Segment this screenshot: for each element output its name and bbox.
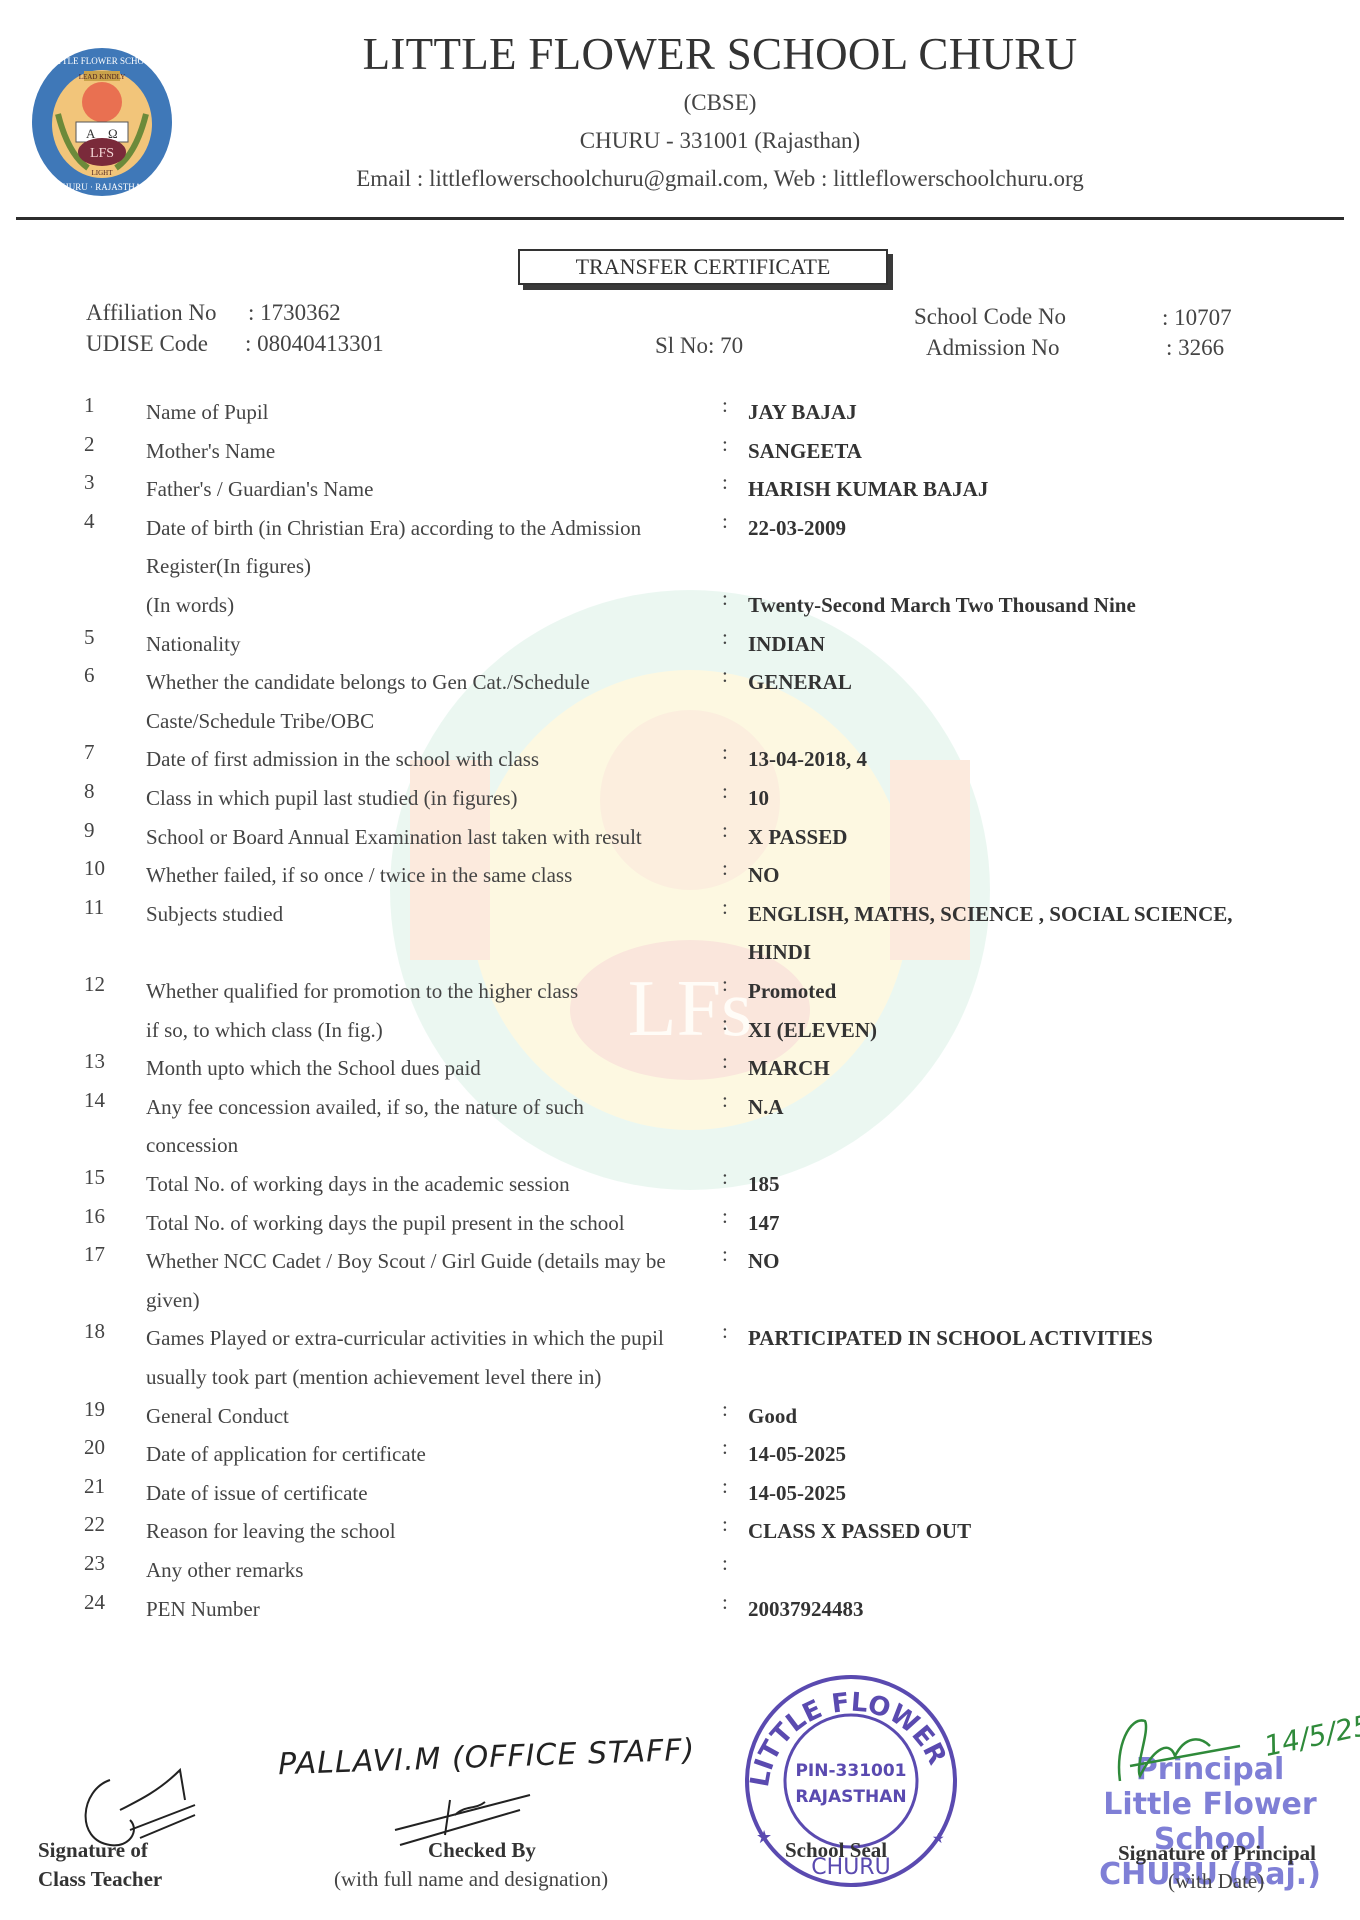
row-value: INDIAN <box>748 625 1308 664</box>
class-teacher-signature-icon <box>70 1760 200 1850</box>
row-number: 22 <box>84 1512 105 1537</box>
row-label: Total No. of working days in the academi… <box>146 1165 716 1204</box>
row-value: 22-03-2009 <box>748 509 1308 548</box>
school-code-label: School Code No <box>914 304 1066 330</box>
svg-text:LIGHT: LIGHT <box>92 169 114 177</box>
row-number: 2 <box>84 432 95 457</box>
row-colon: : <box>722 586 728 611</box>
row-value: MARCH <box>748 1049 1308 1088</box>
row-label: if so, to which class (In fig.) <box>146 1011 716 1050</box>
row-number: 9 <box>84 818 95 843</box>
school-crest-icon: A Ω LFS LEAD KINDLY LIGHT LITTLE FLOWER … <box>28 44 176 200</box>
row-value: 185 <box>748 1165 1308 1204</box>
row-number: 11 <box>84 895 104 920</box>
seal-pin: PIN-331001 <box>795 1761 906 1781</box>
row-number: 3 <box>84 470 95 495</box>
row-colon: : <box>722 509 728 534</box>
row-label: Caste/Schedule Tribe/OBC <box>146 702 716 741</box>
row-value: 14-05-2025 <box>748 1474 1308 1513</box>
row-colon: : <box>722 1088 728 1113</box>
row-label: Games Played or extra-curricular activit… <box>146 1319 716 1358</box>
row-number: 5 <box>84 625 95 650</box>
row-colon: : <box>722 818 728 843</box>
row-label: usually took part (mention achievement l… <box>146 1358 716 1397</box>
row-number: 10 <box>84 856 105 881</box>
row-value: 10 <box>748 779 1308 818</box>
row-label: Father's / Guardian's Name <box>146 470 716 509</box>
principal-signature-icon: 14/5/25 <box>1100 1706 1360 1786</box>
row-value: N.A <box>748 1088 1308 1127</box>
row-colon: : <box>722 1204 728 1229</box>
row-colon: : <box>722 1242 728 1267</box>
school-address: CHURU - 331001 (Rajasthan) <box>300 128 1140 154</box>
row-label: Date of birth (in Christian Era) accordi… <box>146 509 716 548</box>
row-label: Whether the candidate belongs to Gen Cat… <box>146 663 716 702</box>
row-value: Twenty-Second March Two Thousand Nine <box>748 586 1308 625</box>
row-number: 8 <box>84 779 95 804</box>
row-label: PEN Number <box>146 1590 716 1629</box>
row-label: Name of Pupil <box>146 393 716 432</box>
row-number: 16 <box>84 1204 105 1229</box>
row-colon: : <box>722 895 728 920</box>
row-number: 21 <box>84 1474 105 1499</box>
row-label: Any other remarks <box>146 1551 716 1590</box>
row-colon: : <box>722 432 728 457</box>
seal-state: RAJASTHAN <box>795 1787 906 1807</box>
row-number: 14 <box>84 1088 105 1113</box>
row-label: Whether NCC Cadet / Boy Scout / Girl Gui… <box>146 1242 716 1281</box>
svg-text:LEAD KINDLY: LEAD KINDLY <box>79 73 126 81</box>
row-number: 4 <box>84 509 95 534</box>
row-label: Class in which pupil last studied (in fi… <box>146 779 716 818</box>
udise-label: UDISE Code <box>86 331 208 357</box>
checked-by-handwritten-name: PALLAVI.M (OFFICE STAFF) <box>278 1733 696 1783</box>
school-seal-label: School Seal <box>785 1838 887 1863</box>
row-value: HARISH KUMAR BAJAJ <box>748 470 1308 509</box>
row-label: concession <box>146 1126 716 1165</box>
row-label: Date of application for certificate <box>146 1435 716 1474</box>
row-label: General Conduct <box>146 1397 716 1436</box>
header-divider <box>16 217 1344 220</box>
row-number: 1 <box>84 393 95 418</box>
row-colon: : <box>722 972 728 997</box>
checked-by-sublabel: (with full name and designation) <box>334 1867 608 1892</box>
row-label: Register(In figures) <box>146 547 716 586</box>
row-label: Date of first admission in the school wi… <box>146 740 716 779</box>
row-value: CLASS X PASSED OUT <box>748 1512 1308 1551</box>
row-colon: : <box>722 1165 728 1190</box>
row-colon: : <box>722 1512 728 1537</box>
school-name: LITTLE FLOWER SCHOOL CHURU <box>300 28 1140 80</box>
school-crest-logo: A Ω LFS LEAD KINDLY LIGHT LITTLE FLOWER … <box>28 44 176 200</box>
row-number: 23 <box>84 1551 105 1576</box>
row-number: 7 <box>84 740 95 765</box>
row-label: given) <box>146 1281 716 1320</box>
principal-sublabel: (with Date) <box>1168 1869 1264 1894</box>
row-number: 17 <box>84 1242 105 1267</box>
row-number: 19 <box>84 1397 105 1422</box>
svg-text:LFS: LFS <box>90 146 114 161</box>
board-affiliation: (CBSE) <box>300 90 1140 116</box>
row-value: 147 <box>748 1204 1308 1243</box>
principal-date: 14/5/25 <box>1261 1708 1360 1763</box>
row-label: Date of issue of certificate <box>146 1474 716 1513</box>
svg-text:LITTLE FLOWER SCHOOL: LITTLE FLOWER SCHOOL <box>48 56 156 66</box>
affiliation-label: Affiliation No <box>86 300 217 326</box>
checked-by-label: Checked By <box>428 1838 536 1863</box>
row-colon: : <box>722 1319 728 1344</box>
row-value: JAY BAJAJ <box>748 393 1308 432</box>
row-colon: : <box>722 856 728 881</box>
row-colon: : <box>722 1011 728 1036</box>
row-label: Whether qualified for promotion to the h… <box>146 972 716 1011</box>
svg-text:CHURU · RAJASTHAN: CHURU · RAJASTHAN <box>56 182 148 192</box>
row-number: 24 <box>84 1590 105 1615</box>
school-contact: Email : littleflowerschoolchuru@gmail.co… <box>300 166 1140 192</box>
row-colon: : <box>722 393 728 418</box>
affiliation-value: : 1730362 <box>248 300 341 326</box>
row-label: Reason for leaving the school <box>146 1512 716 1551</box>
principal-label: Signature of Principal <box>1118 1841 1316 1866</box>
row-value: Promoted <box>748 972 1308 1011</box>
row-label: Whether failed, if so once / twice in th… <box>146 856 716 895</box>
row-value: 13-04-2018, 4 <box>748 740 1308 779</box>
svg-text:★: ★ <box>932 1832 945 1847</box>
row-label: School or Board Annual Examination last … <box>146 818 716 857</box>
row-colon: : <box>722 1397 728 1422</box>
row-label: Any fee concession availed, if so, the n… <box>146 1088 716 1127</box>
row-colon: : <box>722 1551 728 1576</box>
row-value: NO <box>748 1242 1308 1281</box>
row-number: 6 <box>84 663 95 688</box>
class-teacher-label-line1: Signature of <box>38 1838 148 1863</box>
row-colon: : <box>722 625 728 650</box>
row-number: 12 <box>84 972 105 997</box>
admission-value: : 3266 <box>1166 335 1224 361</box>
row-value: HINDI <box>748 933 1308 972</box>
row-value: GENERAL <box>748 663 1308 702</box>
row-colon: : <box>722 1049 728 1074</box>
row-label: Total No. of working days the pupil pres… <box>146 1204 716 1243</box>
row-colon: : <box>722 663 728 688</box>
row-value: Good <box>748 1397 1308 1436</box>
udise-value: : 08040413301 <box>245 331 384 357</box>
row-value: 20037924483 <box>748 1590 1308 1629</box>
row-number: 15 <box>84 1165 105 1190</box>
row-value: XI (ELEVEN) <box>748 1011 1308 1050</box>
row-value: PARTICIPATED IN SCHOOL ACTIVITIES <box>748 1319 1308 1358</box>
row-value: ENGLISH, MATHS, SCIENCE , SOCIAL SCIENCE… <box>748 895 1308 934</box>
class-teacher-label-line2: Class Teacher <box>38 1867 162 1892</box>
row-number: 20 <box>84 1435 105 1460</box>
row-colon: : <box>722 1435 728 1460</box>
certificate-title: TRANSFER CERTIFICATE <box>518 249 888 285</box>
row-value: SANGEETA <box>748 432 1308 471</box>
row-colon: : <box>722 470 728 495</box>
row-number: 13 <box>84 1049 105 1074</box>
row-value: X PASSED <box>748 818 1308 857</box>
row-label: Mother's Name <box>146 432 716 471</box>
row-value: NO <box>748 856 1308 895</box>
row-label: Subjects studied <box>146 895 716 934</box>
serial-number: Sl No: 70 <box>655 333 743 359</box>
admission-label: Admission No <box>926 335 1060 361</box>
school-code-value: : 10707 <box>1162 305 1232 331</box>
row-colon: : <box>722 779 728 804</box>
row-label: (In words) <box>146 586 716 625</box>
row-colon: : <box>722 1474 728 1499</box>
svg-text:★: ★ <box>756 1827 772 1847</box>
row-number: 18 <box>84 1319 105 1344</box>
row-colon: : <box>722 1590 728 1615</box>
row-value: 14-05-2025 <box>748 1435 1308 1474</box>
row-label: Month upto which the School dues paid <box>146 1049 716 1088</box>
row-label: Nationality <box>146 625 716 664</box>
row-colon: : <box>722 740 728 765</box>
